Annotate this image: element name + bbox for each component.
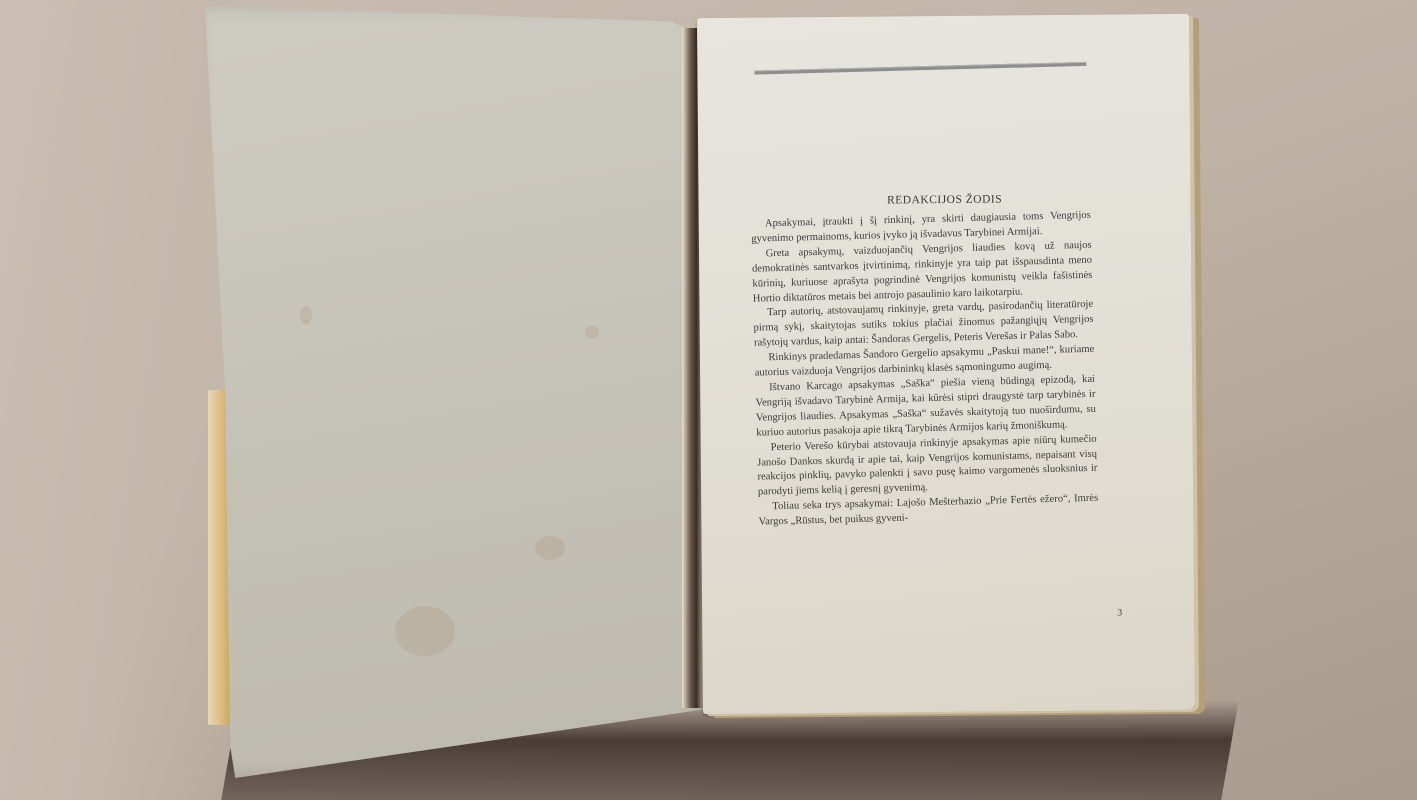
table-surface — [0, 0, 240, 800]
paragraph: Peterio Verešo kūrybai atstovauja rinkin… — [757, 432, 1098, 501]
right-page: REDAKCIJOS ŽODIS Apsakymai, įtraukti į š… — [697, 14, 1195, 714]
paragraph: Ištvano Karcago apsakymas „Saška“ piešia… — [755, 373, 1096, 442]
header-rule — [754, 62, 1086, 75]
page-stain — [395, 606, 455, 656]
page-stain — [300, 306, 312, 324]
page-stain — [585, 326, 599, 338]
left-page-blank — [205, 6, 710, 778]
page-number: 3 — [1117, 607, 1122, 618]
paragraph: Greta apsakymų, vaizduojančių Vengrijos … — [751, 239, 1092, 308]
page-heading: REDAKCIJOS ŽODIS — [699, 192, 1191, 208]
body-text: Apsakymai, įtraukti į šį rinkinį, yra sk… — [751, 209, 1099, 531]
page-stain — [535, 536, 565, 560]
